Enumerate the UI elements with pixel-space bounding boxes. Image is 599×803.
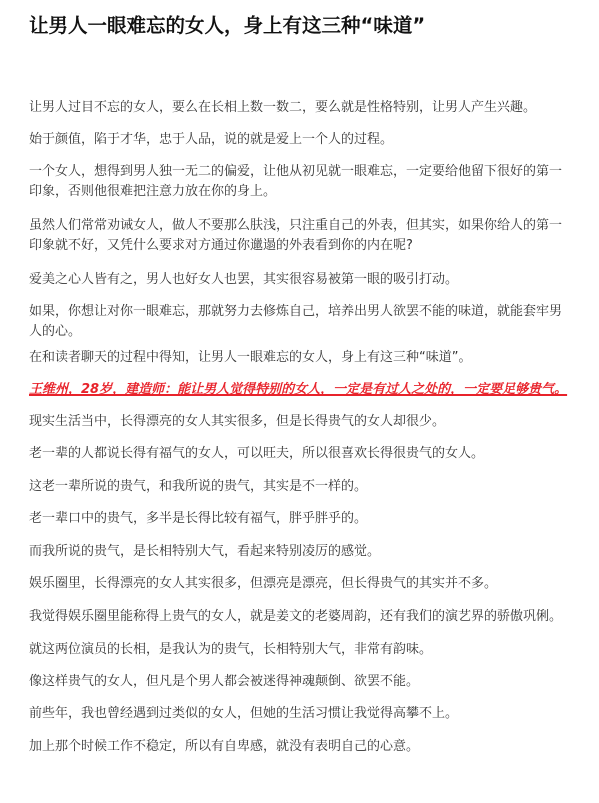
paragraph: 加上那个时候工作不稳定，所以有自卑感，就没有表明自己的心意。: [29, 737, 574, 757]
paragraph: 如果，你想让对你一眼难忘，那就努力去修炼自己，培养出男人欲罢不能的味道，就能套牢…: [29, 302, 574, 342]
paragraph: 让男人过目不忘的女人，要么在长相上数一数二，要么就是性格特别，让男人产生兴趣。: [29, 98, 574, 118]
paragraph: 爱美之心人皆有之，男人也好女人也罢，其实很容易被第一眼的吸引打动。: [29, 270, 574, 290]
paragraph: 现实生活当中，长得漂亮的女人其实很多，但是长得贵气的女人却很少。: [29, 412, 574, 432]
paragraph: 而我所说的贵气，是长相特别大气，看起来特别凌厉的感觉。: [29, 542, 574, 562]
paragraph: 老一辈的人都说长得有福气的女人，可以旺夫，所以很喜欢长得很贵气的女人。: [29, 444, 574, 464]
highlighted-quote: 王维州，28岁，建造师：能让男人觉得特别的女人，一定是有过人之处的，一定要足够贵…: [29, 380, 574, 400]
paragraph: 这老一辈所说的贵气，和我所说的贵气，其实是不一样的。: [29, 477, 574, 497]
paragraph: 就这两位演员的长相，是我认为的贵气，长相特别大气，非常有韵味。: [29, 640, 574, 660]
paragraph: 娱乐圈里，长得漂亮的女人其实很多，但漂亮是漂亮，但长得贵气的其实并不多。: [29, 574, 574, 594]
paragraph: 老一辈口中的贵气，多半是长得比较有福气，胖乎胖乎的。: [29, 509, 574, 529]
paragraph: 始于颜值，陷于才华，忠于人品，说的就是爱上一个人的过程。: [29, 130, 574, 150]
paragraph: 一个女人，想得到男人独一无二的偏爱，让他从初见就一眼难忘，一定要给他留下很好的第…: [29, 162, 574, 202]
paragraph: 前些年，我也曾经遇到过类似的女人，但她的生活习惯让我觉得高攀不上。: [29, 704, 574, 724]
paragraph: 我觉得娱乐圈里能称得上贵气的女人，就是姜文的老婆周韵，还有我们的演艺界的骄傲巩俐…: [29, 607, 574, 627]
paragraph: 在和读者聊天的过程中得知，让男人一眼难忘的女人，身上有这三种“味道”。: [29, 348, 574, 368]
article-title: 让男人一眼难忘的女人，身上有这三种“味道”: [29, 10, 425, 38]
paragraph: 虽然人们常常劝诫女人，做人不要那么肤浅，只注重自己的外表，但其实，如果你给人的第…: [29, 216, 574, 256]
paragraph: 像这样贵气的女人，但凡是个男人都会被迷得神魂颠倒、欲罢不能。: [29, 672, 574, 692]
